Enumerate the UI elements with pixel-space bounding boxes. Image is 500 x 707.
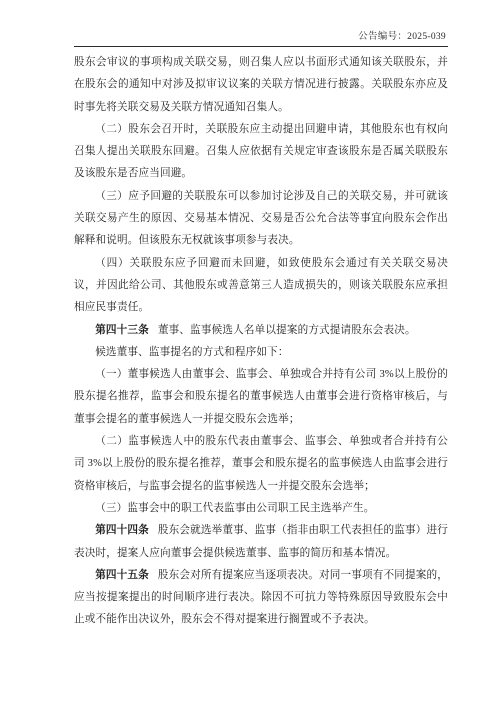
document-page: 公告编号：2025-039 股东会审议的事项构成关联交易，则召集人应以书面形式通… xyxy=(0,0,500,707)
article-44-paragraph: 第四十四条股东会就选举董事、监事（指非由职工代表担任的监事）进行表决时，提案人应… xyxy=(74,520,448,565)
paragraph-item-4-liability: （四）关联股东应予回避而未回避，如致使股东会通过有关关联交易决议，并因此给公司、… xyxy=(74,253,448,320)
paragraph-text: （三）应予回避的关联股东可以参加讨论涉及自己的关联交易，并可就该关联交易产生的原… xyxy=(74,191,448,247)
paragraph-item-2-supervisor-candidates: （二）监事候选人中的股东代表由董事会、监事会、单独或者合并持有公司 3%以上股份… xyxy=(74,431,448,498)
paragraph-item-3-employee-supervisors: （三）监事会中的职工代表监事由公司职工民主选举产生。 xyxy=(74,498,448,520)
article-43-paragraph: 第四十三条董事、监事候选人名单以提案的方式提请股东会表决。 xyxy=(74,320,448,342)
paragraph-text: （一）董事候选人由董事会、监事会、单独或合并持有公司 3%以上股份的股东提名推荐… xyxy=(74,369,448,425)
article-45-paragraph: 第四十五条股东会对所有提案应当逐项表决。对同一事项有不同提案的，应当按提案提出的… xyxy=(74,565,448,632)
paragraph-nomination-procedure-intro: 候选董事、监事提名的方式和程序如下： xyxy=(74,342,448,364)
paragraph-text: （二）监事候选人中的股东代表由董事会、监事会、单独或者合并持有公司 3%以上股份… xyxy=(74,436,448,492)
paragraph-text: 股东会审议的事项构成关联交易，则召集人应以书面形式通知该关联股东，并在股东会的通… xyxy=(74,57,448,113)
paragraph-text: （三）监事会中的职工代表监事由公司职工民主选举产生。 xyxy=(95,503,374,514)
announcement-number: 公告编号：2025-039 xyxy=(74,31,448,46)
paragraph-text: 候选董事、监事提名的方式和程序如下： xyxy=(95,347,288,358)
article-45-number: 第四十五条 xyxy=(95,570,149,581)
paragraph-item-3-discussion-rights: （三）应予回避的关联股东可以参加讨论涉及自己的关联交易，并可就该关联交易产生的原… xyxy=(74,186,448,253)
paragraph-text: 董事、监事候选人名单以提案的方式提请股东会表决。 xyxy=(158,325,416,336)
paragraph-related-transaction-notice: 股东会审议的事项构成关联交易，则召集人应以书面形式通知该关联股东，并在股东会的通… xyxy=(74,52,448,119)
document-body: 股东会审议的事项构成关联交易，则召集人应以书面形式通知该关联股东，并在股东会的通… xyxy=(74,52,448,632)
paragraph-text: （四）关联股东应予回避而未回避，如致使股东会通过有关关联交易决议，并因此给公司、… xyxy=(74,258,448,314)
page-header: 公告编号：2025-039 xyxy=(74,31,448,47)
article-44-number: 第四十四条 xyxy=(95,525,149,536)
paragraph-item-1-director-candidates: （一）董事候选人由董事会、监事会、单独或合并持有公司 3%以上股份的股东提名推荐… xyxy=(74,364,448,431)
header-rule xyxy=(74,46,448,47)
paragraph-item-2-recusal-request: （二）股东会召开时，关联股东应主动提出回避申请，其他股东也有权向召集人提出关联股… xyxy=(74,119,448,186)
paragraph-text: （二）股东会召开时，关联股东应主动提出回避申请，其他股东也有权向召集人提出关联股… xyxy=(74,124,448,180)
article-43-number: 第四十三条 xyxy=(95,325,149,336)
